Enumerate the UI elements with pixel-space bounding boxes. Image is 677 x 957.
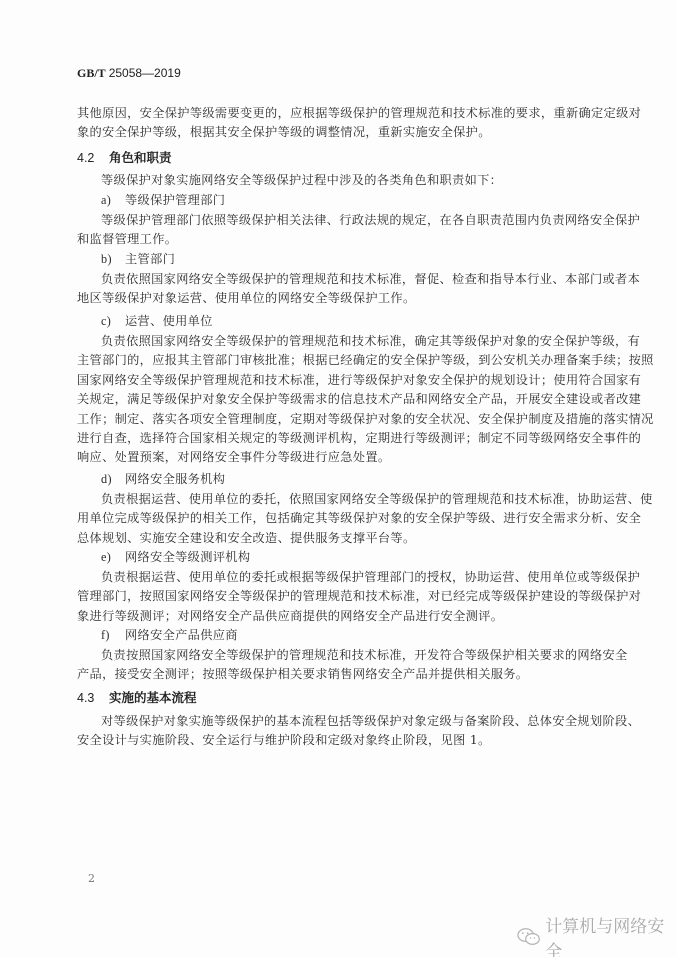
paragraph-line: 对等级保护对象实施等级保护的基本流程包括等级保护对象定级与备案阶段、总体安全规划…	[101, 712, 604, 731]
paragraph-line: 负责按照国家网络安全等级保护的管理规范和技术标准，开发符合等级保护相关要求的网络…	[101, 646, 604, 665]
list-item-text: 网络安全产品供应商	[125, 628, 238, 642]
list-item-title: a)等级保护管理部门	[101, 191, 628, 210]
list-item-label: f)	[101, 626, 125, 645]
paragraph-line: 负责依照国家网络安全等级保护的管理规范和技术标准，确定其等级保护对象的安全保护等…	[101, 332, 604, 351]
list-item-text: 等级保护管理部门	[125, 193, 225, 207]
paragraph-line: 主管部门的，应报其主管部门审核批准；根据已经确定的安全保护等级，到公安机关办理备…	[77, 351, 604, 370]
paragraph-line: 象进行等级测评；对网络安全产品供应商提供的网络安全产品进行安全测评。	[77, 607, 604, 626]
list-item-title: e)网络安全等级测评机构	[101, 548, 628, 567]
paragraph-line: 负责根据运营、使用单位的委托或根据等级保护管理部门的授权，协助运营、使用单位或等…	[101, 568, 604, 587]
list-item-label: d)	[101, 470, 125, 489]
paragraph-line: 工作；制定、落实各项安全管理制度，定期对等级保护对象的安全状况、安全保护制度及措…	[77, 410, 604, 429]
list-item-text: 运营、使用单位	[125, 314, 213, 328]
list-item-label: c)	[101, 312, 125, 331]
section-number: 4.2	[77, 151, 109, 165]
section-heading: 4.2角色和职责	[77, 148, 172, 166]
paragraph-line: 和监督管理工作。	[77, 230, 604, 249]
list-item-title: d)网络安全服务机构	[101, 470, 628, 489]
paragraph-line: 用单位完成等级保护的相关工作，包括确定其等级保护对象的安全保护等级、进行安全需求…	[77, 509, 604, 528]
standard-prefix: GB/T	[77, 66, 106, 80]
watermark: 计算机与网络安全	[516, 912, 677, 957]
watermark-text: 计算机与网络安全	[545, 912, 677, 957]
list-item-text: 网络安全等级测评机构	[125, 550, 250, 564]
paragraph-line: 等级保护管理部门依照等级保护相关法律、行政法规的规定，在各自职责范围内负责网络安…	[101, 211, 604, 230]
paragraph-line: 安全设计与实施阶段、安全运行与维护阶段和定级对象终止阶段，见图 1。	[77, 731, 604, 750]
list-item-text: 网络安全服务机构	[125, 472, 225, 486]
section-number: 4.3	[77, 691, 109, 705]
paragraph-line: 等级保护对象实施网络安全等级保护过程中涉及的各类角色和职责如下：	[101, 171, 604, 190]
list-item-text: 主管部门	[125, 252, 175, 266]
section-title: 实施的基本流程	[109, 690, 197, 705]
list-item-label: a)	[101, 191, 125, 210]
paragraph-line: 进行自查，选择符合国家相关规定的等级测评机构，定期进行等级测评；制定不同等级网络…	[77, 429, 604, 448]
paragraph-line: 其他原因，安全保护等级需要变更的，应根据等级保护的管理规范和技术标准的要求，重新…	[77, 104, 604, 123]
list-item-title: c)运营、使用单位	[101, 312, 628, 331]
paragraph-line: 产品，接受安全测评；按照等级保护相关要求销售网络安全产品并提供相关服务。	[77, 665, 604, 684]
paragraph-line: 负责根据运营、使用单位的委托，依照国家网络安全等级保护的管理规范和技术标准，协助…	[101, 490, 604, 509]
paragraph-line: 负责依照国家网络安全等级保护的管理规范和技术标准，督促、检查和指导本行业、本部门…	[101, 270, 604, 289]
paragraph-line: 象的安全保护等级，根据其安全保护等级的调整情况，重新实施安全保护。	[77, 123, 604, 142]
list-item-label: b)	[101, 250, 125, 269]
standard-number: 25058—2019	[109, 66, 181, 80]
paragraph-line: 管理部门，按照国家网络安全等级保护的管理规范和技术标准，对已经完成等级保护建设的…	[77, 587, 604, 606]
standard-header: GB/T25058—2019	[77, 66, 181, 81]
paragraph-line: 国家网络安全等级保护管理规范和技术标准，进行等级保护对象安全保护的规划设计；使用…	[77, 371, 604, 390]
paragraph-line: 响应、处置预案，对网络安全事件分等级进行应急处置。	[77, 448, 604, 467]
paragraph-line: 总体规划、实施安全建设和安全改造、提供服务支撑平台等。	[77, 529, 604, 548]
document-page: GB/T25058—2019 其他原因，安全保护等级需要变更的，应根据等级保护的…	[0, 0, 677, 957]
list-item-title: f)网络安全产品供应商	[101, 626, 628, 645]
section-heading: 4.3实施的基本流程	[77, 688, 197, 706]
paragraph-line: 关规定，满足等级保护对象安全保护等级需求的信息技术产品和网络安全产品，开展安全建…	[77, 390, 604, 409]
list-item-label: e)	[101, 548, 125, 567]
wechat-icon	[516, 926, 541, 948]
section-title: 角色和职责	[109, 150, 172, 165]
list-item-title: b)主管部门	[101, 250, 628, 269]
page-number: 2	[88, 872, 95, 885]
paragraph-line: 地区等级保护对象运营、使用单位的网络安全等级保护工作。	[77, 289, 604, 308]
